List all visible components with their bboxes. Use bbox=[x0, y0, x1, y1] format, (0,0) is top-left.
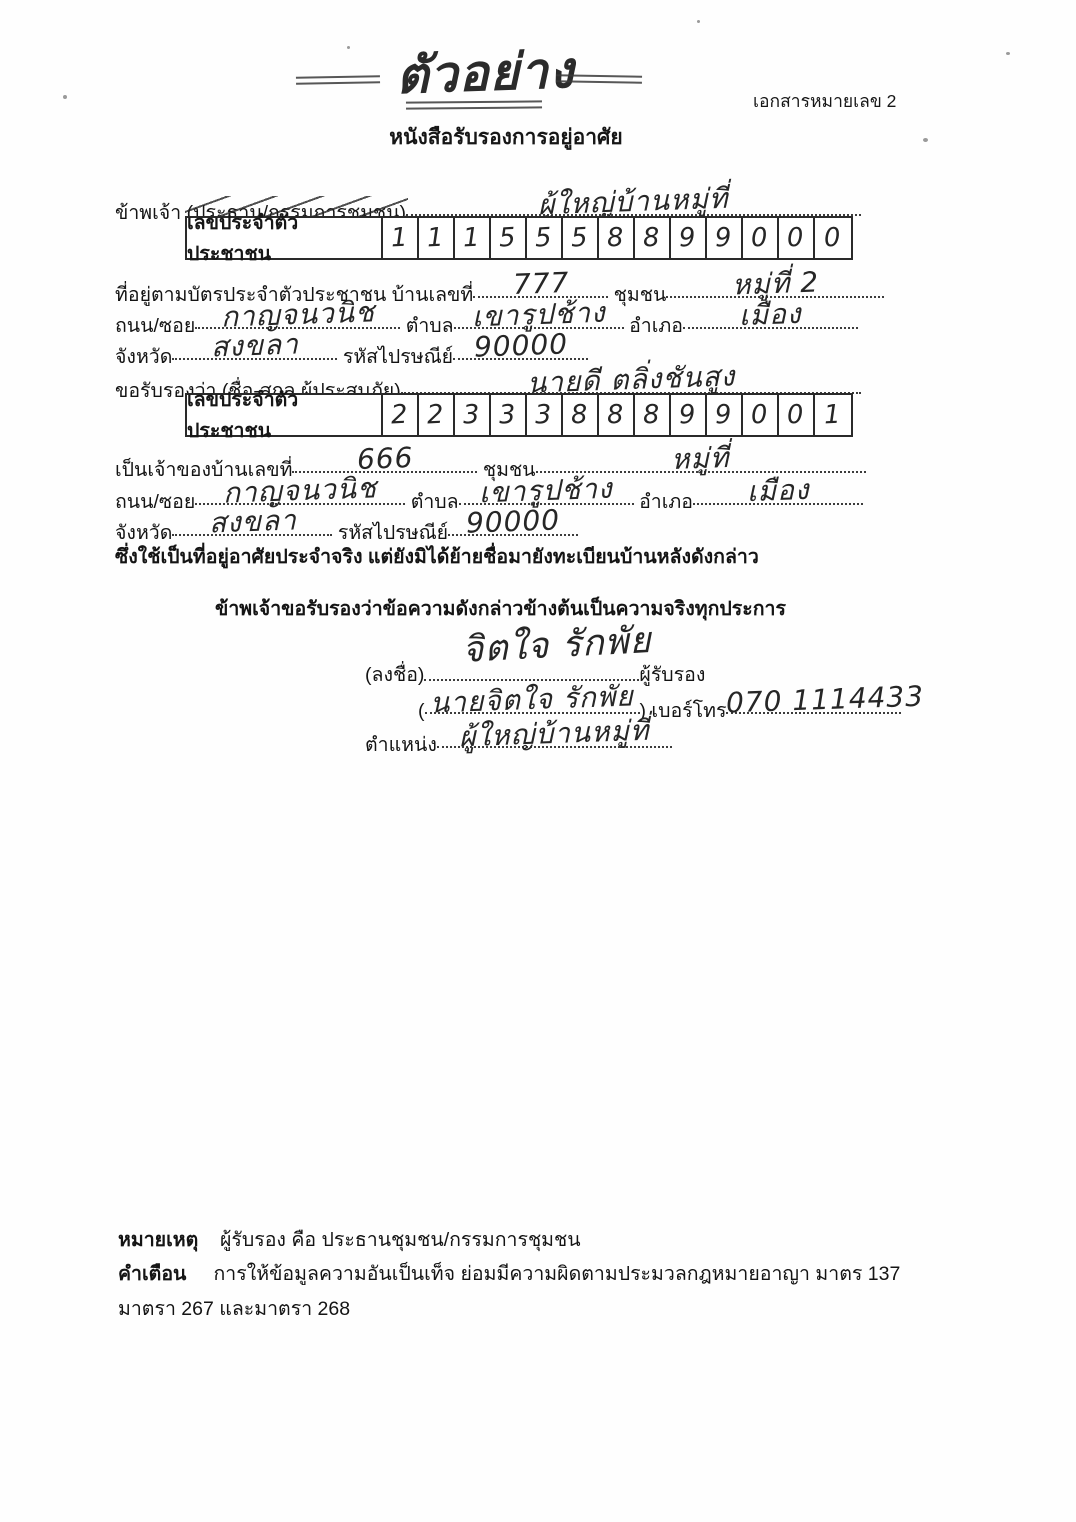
id-digit-cell: 1 bbox=[815, 395, 851, 435]
district-handwritten: เมือง bbox=[739, 294, 803, 337]
id-digit: 2 bbox=[426, 400, 445, 431]
id-digit-cell: 8 bbox=[599, 395, 635, 435]
scan-speck bbox=[63, 95, 67, 99]
owner-road-field: กาญจนวนิช bbox=[195, 479, 405, 505]
id-digit-cell: 3 bbox=[491, 395, 527, 435]
id-digit: 9 bbox=[714, 400, 733, 431]
id-digit: 0 bbox=[823, 223, 842, 254]
phone-label: เบอร์โทร bbox=[651, 700, 726, 722]
id-digit-cell: 8 bbox=[635, 395, 671, 435]
id-digit-cell: 3 bbox=[527, 395, 563, 435]
id-digit: 9 bbox=[714, 223, 733, 254]
province-handwritten: สงขลา bbox=[210, 324, 299, 368]
province-field: สงขลา bbox=[172, 334, 337, 360]
postcode-handwritten: 90000 bbox=[473, 324, 568, 368]
position-field: ผู้ใหญ่บ้านหมู่ที่ bbox=[437, 722, 672, 748]
id-digit-cell: 9 bbox=[707, 395, 743, 435]
postcode-label: รหัสไปรษณีย์ bbox=[343, 346, 453, 368]
owner-district-field: เมือง bbox=[693, 479, 863, 505]
district-label: อำเภอ bbox=[629, 315, 683, 337]
id-digit: 0 bbox=[786, 400, 805, 431]
warning-text-line1: การให้ข้อมูลความอันเป็นเท็จ ย่อมมีความผิ… bbox=[213, 1263, 900, 1285]
id-digit: 3 bbox=[498, 400, 517, 431]
owner-district-handwritten: เมือง bbox=[746, 470, 810, 513]
id-digit: 3 bbox=[534, 400, 553, 431]
residence-note: ซึ่งใช้เป็นที่อยู่อาศัยประจำจริง แต่ยังม… bbox=[115, 543, 759, 571]
owner-community-handwritten: หมู่ที่ bbox=[671, 438, 731, 481]
id-digit: 8 bbox=[606, 223, 625, 254]
id-digit-cell: 0 bbox=[779, 218, 815, 258]
id-digit: 1 bbox=[823, 400, 842, 431]
id-digit-cell: 2 bbox=[383, 395, 419, 435]
id-digit: 0 bbox=[750, 223, 769, 254]
scan-speck bbox=[347, 46, 350, 49]
id-digit-cell: 0 bbox=[743, 395, 779, 435]
sample-mark-underline bbox=[406, 100, 542, 109]
id-digit: 0 bbox=[786, 223, 805, 254]
name-in-paren-field: นายจิตใจ รักพัย bbox=[425, 688, 640, 714]
id-digit-cell: 5 bbox=[491, 218, 527, 258]
owner-postcode-handwritten: 90000 bbox=[465, 500, 560, 544]
id-digit-cell: 2 bbox=[419, 395, 455, 435]
phone-handwritten: 070 1114433 bbox=[726, 677, 925, 724]
scanned-document-page: ตัวอย่าง เอกสารหมายเลข 2 หนังสือรับรองกา… bbox=[0, 0, 1076, 1522]
id-digit: 8 bbox=[642, 223, 661, 254]
id-digit: 1 bbox=[390, 223, 409, 254]
id-digit-cell: 5 bbox=[563, 218, 599, 258]
id-digit: 5 bbox=[570, 223, 589, 254]
id-digit: 8 bbox=[570, 400, 589, 431]
id-digit-cell: 9 bbox=[671, 218, 707, 258]
id-digit-cell: 1 bbox=[455, 218, 491, 258]
id-digit: 5 bbox=[534, 223, 553, 254]
sign-label: (ลงชื่อ) bbox=[365, 664, 424, 686]
warning-label: คำเตือน bbox=[118, 1263, 186, 1285]
id-digit-cell: 8 bbox=[599, 218, 635, 258]
id-digit-cell: 8 bbox=[563, 395, 599, 435]
id-digit: 8 bbox=[606, 400, 625, 431]
id-digit: 9 bbox=[678, 223, 697, 254]
certifier-role-label: ผู้รับรอง bbox=[639, 664, 705, 686]
id-digit-cell: 1 bbox=[383, 218, 419, 258]
phone-field: 070 1114433 bbox=[726, 688, 901, 714]
id-digit: 2 bbox=[390, 400, 409, 431]
id-digit: 1 bbox=[426, 223, 445, 254]
certified-person-name-field: นายดี ตลิ่งชันสูง bbox=[401, 368, 861, 394]
scan-speck bbox=[697, 20, 700, 23]
sample-mark-right-line bbox=[556, 74, 642, 83]
note-label: หมายเหตุ bbox=[118, 1229, 198, 1251]
certifier-name-field: ผู้ใหญ่บ้านหมู่ที่ bbox=[406, 190, 861, 216]
id-digit-cell: 0 bbox=[743, 218, 779, 258]
id-digit: 3 bbox=[462, 400, 481, 431]
id-digit-cell: 9 bbox=[671, 395, 707, 435]
id-digit: 9 bbox=[678, 400, 697, 431]
id-digit-cell: 1 bbox=[419, 218, 455, 258]
id-digit: 8 bbox=[642, 400, 661, 431]
id-digit-cell: 9 bbox=[707, 218, 743, 258]
owner-house-no-field: 666 bbox=[292, 447, 477, 473]
id-digit: 0 bbox=[750, 400, 769, 431]
id-digit-cell: 8 bbox=[635, 218, 671, 258]
certifier-id-box: เลขประจำตัวประชาชน 1 1 1 5 5 5 8 8 9 9 0… bbox=[185, 216, 853, 260]
owner-province-handwritten: สงขลา bbox=[208, 500, 297, 544]
owner-province-label: จังหวัด bbox=[115, 522, 172, 544]
district-field: เมือง bbox=[683, 303, 858, 329]
id-digit-cell: 3 bbox=[455, 395, 491, 435]
id-digit: 1 bbox=[462, 223, 481, 254]
scan-speck bbox=[1006, 52, 1010, 55]
doc-number: เอกสารหมายเลข 2 bbox=[753, 87, 896, 115]
note-text: ผู้รับรอง คือ ประธานชุมชน/กรรมการชุมชน bbox=[220, 1229, 581, 1251]
owner-province-field: สงขลา bbox=[172, 510, 332, 536]
page-title: หนังสือรับรองการอยู่อาศัย bbox=[0, 121, 1044, 154]
postcode-field: 90000 bbox=[453, 334, 588, 360]
id-digit: 5 bbox=[498, 223, 517, 254]
warning-text-line2: มาตรา 267 และมาตรา 268 bbox=[118, 1295, 350, 1323]
certifier-id-label: เลขประจำตัวประชาชน bbox=[187, 218, 383, 258]
position-label: ตำแหน่ง bbox=[365, 734, 437, 756]
position-handwritten: ผู้ใหญ่บ้านหมู่ที่ bbox=[459, 711, 651, 758]
id-digit-cell: 0 bbox=[779, 395, 815, 435]
id-digit-cell: 0 bbox=[815, 218, 851, 258]
owner-postcode-label: รหัสไปรษณีย์ bbox=[338, 522, 448, 544]
owner-district-label: อำเภอ bbox=[639, 491, 693, 513]
owner-postcode-field: 90000 bbox=[448, 510, 578, 536]
sample-mark-left-line bbox=[296, 75, 380, 84]
id-digit-cell: 5 bbox=[527, 218, 563, 258]
province-label: จังหวัด bbox=[115, 346, 172, 368]
person-id-box: เลขประจำตัวประชาชน 2 2 3 3 3 8 8 8 9 9 0… bbox=[185, 393, 853, 437]
certifier-label-prefix: ข้าพเจ้า bbox=[115, 202, 181, 224]
person-id-label: เลขประจำตัวประชาชน bbox=[187, 395, 383, 435]
